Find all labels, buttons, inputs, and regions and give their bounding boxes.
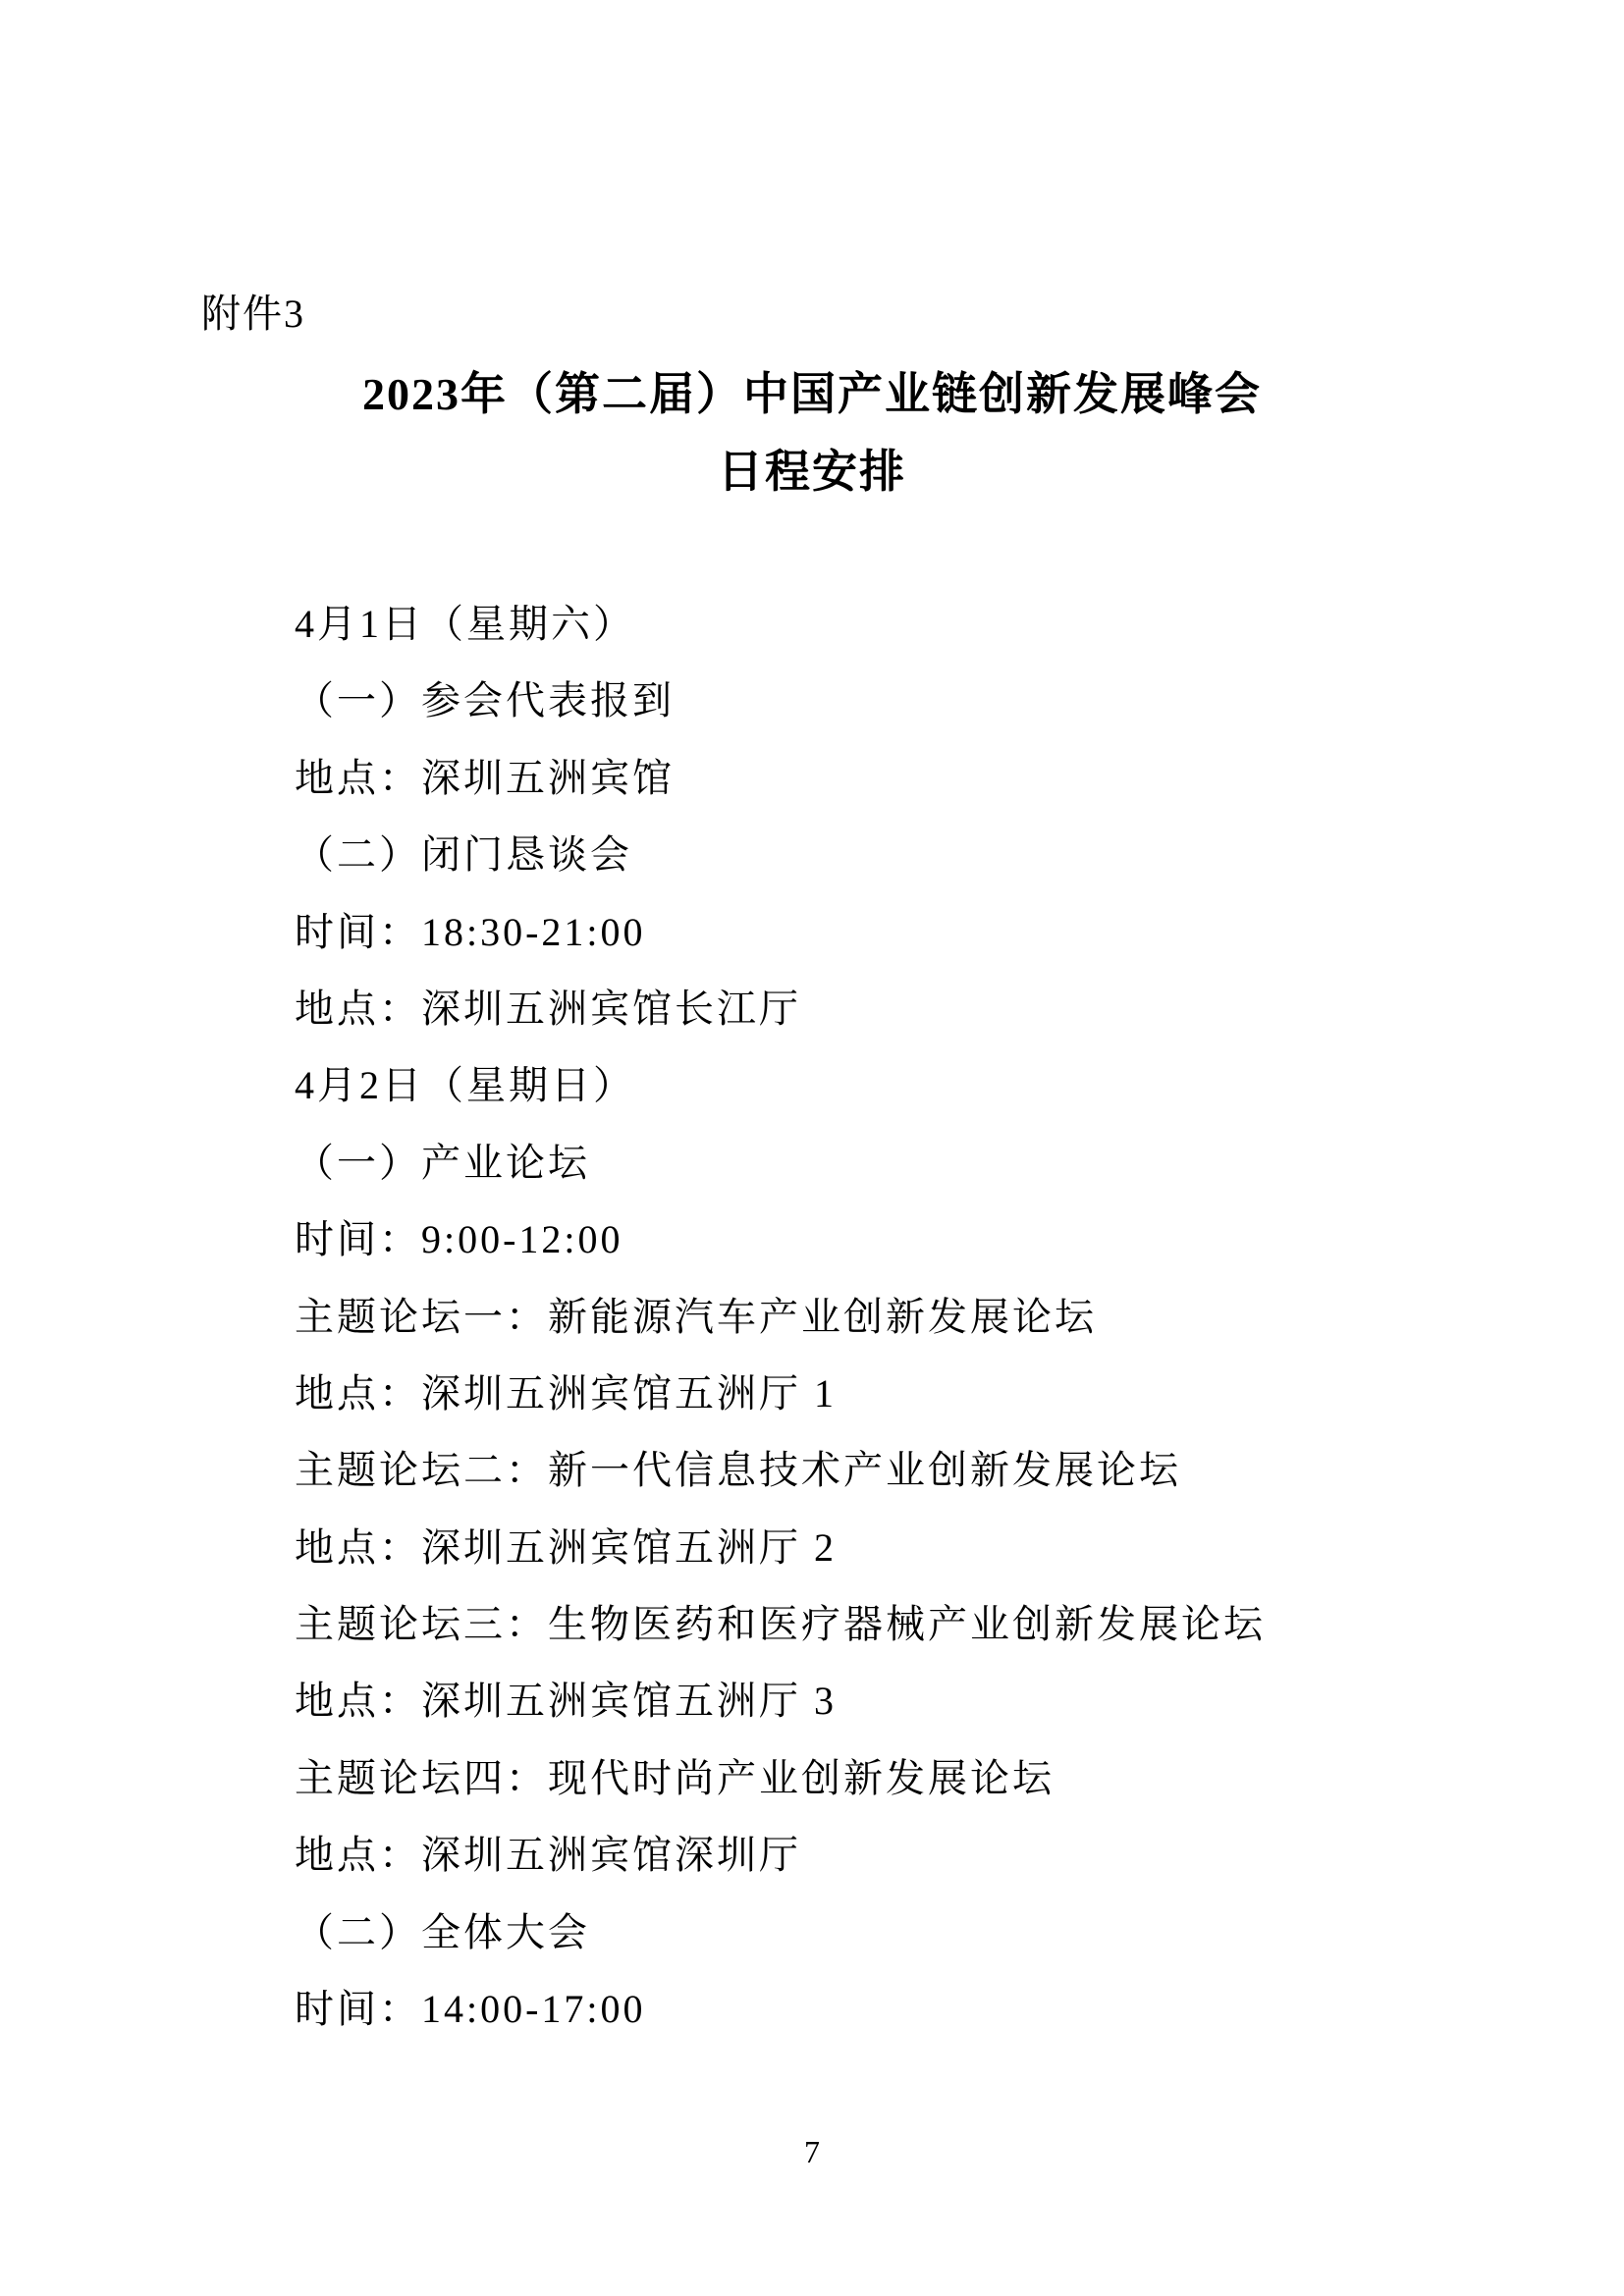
attachment-label: 附件3: [201, 287, 305, 342]
page-number: 7: [0, 2132, 1624, 2171]
schedule-line: （二）闭门恳谈会: [295, 817, 1506, 893]
schedule-line: 地点：深圳五洲宾馆长江厅: [295, 971, 1506, 1047]
schedule-line: （一）参会代表报到: [295, 663, 1506, 739]
schedule-line: 时间：18:30-21:00: [295, 894, 1506, 971]
schedule-line: 主题论坛一：新能源汽车产业创新发展论坛: [295, 1279, 1506, 1356]
schedule-line: （二）全体大会: [295, 1895, 1506, 1971]
schedule-line: 时间：9:00-12:00: [295, 1201, 1506, 1278]
document-page: 附件3 2023年（第二届）中国产业链创新发展峰会 日程安排 4月1日（星期六）…: [0, 0, 1624, 2296]
schedule-line: 4月2日（星期日）: [295, 1047, 1506, 1124]
document-title-line-1: 2023年（第二届）中国产业链创新发展峰会: [0, 355, 1624, 434]
schedule-line: 4月1日（星期六）: [295, 586, 1506, 663]
schedule-line: 主题论坛二：新一代信息技术产业创新发展论坛: [295, 1432, 1506, 1509]
schedule-line: 地点：深圳五洲宾馆五洲厅 3: [295, 1663, 1506, 1739]
schedule-body: 4月1日（星期六）（一）参会代表报到地点：深圳五洲宾馆（二）闭门恳谈会时间：18…: [295, 586, 1506, 2048]
schedule-line: 主题论坛四：现代时尚产业创新发展论坛: [295, 1740, 1506, 1817]
schedule-line: 主题论坛三：生物医药和医疗器械产业创新发展论坛: [295, 1586, 1506, 1663]
document-title: 2023年（第二届）中国产业链创新发展峰会 日程安排: [0, 355, 1624, 510]
schedule-line: （一）产业论坛: [295, 1125, 1506, 1201]
schedule-line: 地点：深圳五洲宾馆五洲厅 1: [295, 1356, 1506, 1432]
schedule-line: 地点：深圳五洲宾馆深圳厅: [295, 1817, 1506, 1894]
schedule-line: 地点：深圳五洲宾馆: [295, 740, 1506, 817]
schedule-line: 时间：14:00-17:00: [295, 1971, 1506, 2048]
document-title-line-2: 日程安排: [0, 434, 1624, 510]
schedule-line: 地点：深圳五洲宾馆五洲厅 2: [295, 1510, 1506, 1586]
